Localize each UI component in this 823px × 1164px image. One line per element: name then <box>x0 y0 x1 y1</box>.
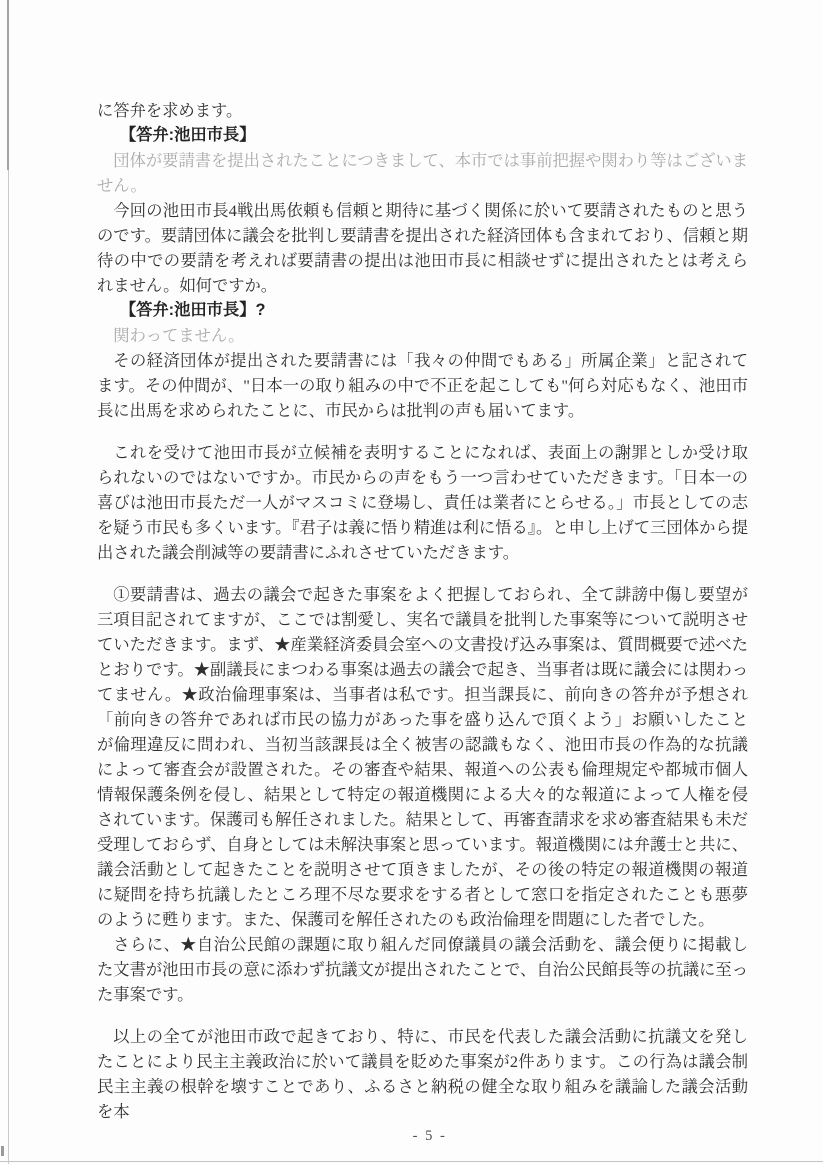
answer-heading-1: 【答弁:池田市長】 <box>97 123 748 148</box>
answer-heading-2: 【答弁:池田市長】? <box>97 298 748 323</box>
continuation-line: に答弁を求めます。 <box>97 98 748 123</box>
page-number: - 5 - <box>97 1124 748 1149</box>
closing-paragraph: 以上の全てが池田市政で起きており、特に、市民を代表した議会活動に抗議文を発したこ… <box>97 1024 748 1124</box>
scan-edge-line-bottom <box>0 1161 823 1162</box>
question-paragraph-2: その経済団体が提出された要請書には「我々の仲間でもある」所属企業」と記されてます… <box>97 348 748 423</box>
answer-text-2: 関わってません。 <box>97 323 748 348</box>
question-paragraph-3: これを受けて池田市長が立候補を表明することになれば、表面上の謝罪としか受け取られ… <box>97 440 748 565</box>
scan-edge-mark-bottom-left <box>1 1146 4 1156</box>
scanned-document-page: に答弁を求めます。 【答弁:池田市長】 団体が要請書を提出されたことにつきまして… <box>0 0 823 1164</box>
answer-text-1: 団体が要請書を提出されたことにつきまして、本市では事前把握や関わり等はございませ… <box>97 148 748 198</box>
document-text-block: に答弁を求めます。 【答弁:池田市長】 団体が要請書を提出されたことにつきまして… <box>97 98 748 1149</box>
question-paragraph-1: 今回の池田市長4戦出馬依頼も信頼と期待に基づく関係に於いて要請されたものと思うの… <box>97 198 748 298</box>
scan-edge-line-left <box>8 0 9 1164</box>
request-detail-paragraph: ①要請書は、過去の議会で起きた事案をよく把握しておられ、全て誹謗中傷し要望が三項… <box>97 582 748 932</box>
additional-case-paragraph: さらに、★自治公民館の課題に取り組んだ同僚議員の議会活動を、議会便りに掲載した文… <box>97 932 748 1007</box>
scan-edge-mark-left-top <box>7 0 9 170</box>
